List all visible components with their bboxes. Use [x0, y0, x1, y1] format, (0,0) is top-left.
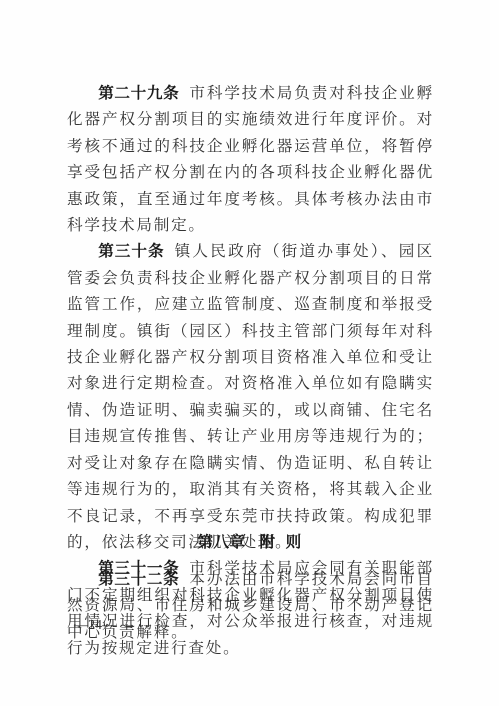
closing-block: 第三十二条本办法由市科学技术局会同市自然资源局、市住房和城乡建设局、市不动产登记…: [67, 566, 434, 645]
page-number: —24—: [74, 618, 116, 634]
article-29-title: 第二十九条: [98, 84, 179, 102]
article-29-body: 市科学技术局负责对科技企业孵化器产权分割项目的实施绩效进行年度评价。对考核不通过…: [67, 84, 434, 234]
article-30-title: 第三十条: [98, 242, 164, 260]
article-32: 第三十二条本办法由市科学技术局会同市自然资源局、市住房和城乡建设局、市不动产登记…: [67, 566, 434, 645]
article-32-title: 第三十二条: [98, 570, 179, 588]
article-30-body: 镇人民政府（街道办事处）、园区管委会负责科技企业孵化器产权分割项目的日常监管工作…: [67, 242, 434, 550]
chapter-number: 第八章: [197, 533, 245, 551]
chapter-name-part1: 附: [260, 533, 276, 551]
article-30: 第三十条镇人民政府（街道办事处）、园区管委会负责科技企业孵化器产权分割项目的日常…: [67, 238, 434, 555]
chapter-heading: 第八章附则: [0, 530, 499, 552]
chapter-name-part2: 则: [286, 533, 302, 551]
document-page: 第二十九条市科学技术局负责对科技企业孵化器产权分割项目的实施绩效进行年度评价。对…: [0, 0, 499, 706]
article-29: 第二十九条市科学技术局负责对科技企业孵化器产权分割项目的实施绩效进行年度评价。对…: [67, 80, 434, 238]
